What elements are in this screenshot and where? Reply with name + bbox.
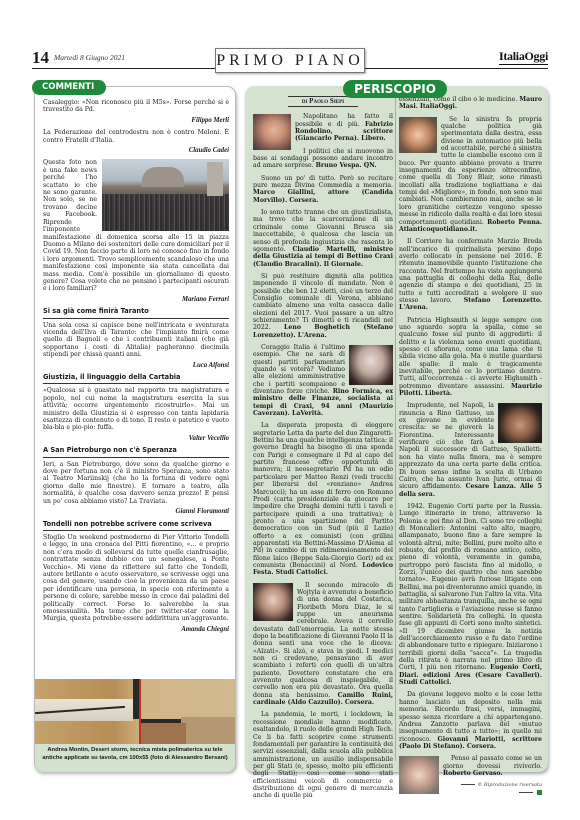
comment-headline: Giustizia, il linguaggio della Cartabia <box>43 374 229 384</box>
quote-item: I politici che si muovono in base ai son… <box>253 148 393 170</box>
piazza-duomo-rally-photo <box>102 159 229 231</box>
quote-item: La disperata proposta di eleggere segret… <box>253 422 393 576</box>
quote-item: Napolitano ha fatto il possibile e di pi… <box>253 113 393 142</box>
comment-signature: Amanda Chiegni <box>43 626 229 633</box>
comment-text: Sfoglio Un weekend postmoderno di Pier V… <box>43 534 229 623</box>
periscopio-column-2: essenziali, come il cibo o le medicine. … <box>399 96 542 797</box>
comment-signature: Claudio Cadei <box>43 147 229 154</box>
comment-text: La Federazione del centrodestra non è co… <box>43 129 229 144</box>
blair-portrait <box>399 117 437 153</box>
comment-signature: Luca Alfonsi <box>43 362 229 369</box>
quote-item: Io sono tutto tranne che un giustizialis… <box>253 209 393 268</box>
artwork-caption-line: antiche applicate su tavola, cm 100x55 (… <box>35 755 235 763</box>
gervaso-portrait <box>399 756 439 794</box>
commenti-box: Casaleggio: «Non riconosco più il M5s». … <box>34 86 236 772</box>
artwork-caption-line: Andrea Montin, Desert storm, tecnica mis… <box>35 747 235 755</box>
quote-item: Imprudente, nel Napoli, la rinuncia a Ri… <box>399 402 542 497</box>
commenti-content: Casaleggio: «Non riconosco più il M5s». … <box>43 99 229 638</box>
column-divider <box>395 96 396 761</box>
quote-item: essenziali, come il cibo o le medicine. … <box>399 96 542 111</box>
quote-item: 1942. Eugenio Corti parte per la Russia.… <box>399 503 542 687</box>
periscopio-column-1: di Paolo Siepi Napolitano ha fatto il po… <box>253 96 393 805</box>
comment-text: Ieri, a San Pietroburgo, dove sono da qu… <box>43 461 229 505</box>
ruini-portrait <box>253 583 293 621</box>
header-rule-right <box>365 68 548 69</box>
periscopio-box: di Paolo Siepi Napolitano ha fatto il po… <box>245 86 548 772</box>
quote-item: Se la sinistra fa propria qualche politi… <box>399 116 542 234</box>
comment-text: Una sola cosa si capisce bene nell'intri… <box>43 322 229 359</box>
comment-signature: Valter Vecellio <box>43 435 229 442</box>
comment-text: «Qualcosa si è guastato nel rapporto tra… <box>43 387 229 431</box>
section-title: PRIMO PIANO <box>215 48 365 73</box>
quote-item: Il Corriere ha confermato Marzio Breda n… <box>399 238 542 311</box>
comment-headline: A San Pietroburgo non c'è Speranza <box>43 447 229 457</box>
page-date: Martedì 8 Giugno 2021 <box>54 53 125 62</box>
artwork-caption: Andrea Montin, Desert storm, tecnica mis… <box>35 744 235 772</box>
quote-item: Si può restituire dignità alla politica … <box>253 273 393 339</box>
header-rule-left <box>32 68 215 69</box>
quote-item: Da giovane leggevo molto e le cose lette… <box>399 691 542 750</box>
page-header: 14 Martedì 8 Giugno 2021 PRIMO PIANO Ita… <box>32 48 548 72</box>
quote-item: Patricia Highsmith si legge sempre con u… <box>399 317 542 398</box>
comment-signature: Mariano Ferrari <box>43 296 229 303</box>
commenti-label: COMMENTI <box>32 80 106 95</box>
quote-item: Suono un po' di tutto. Però so recitare … <box>253 175 393 204</box>
comment-signature: Gianni Fioramonti <box>43 508 229 515</box>
comment-headline: Si sa già come finirà Taranto <box>43 308 229 318</box>
formica-portrait <box>349 345 393 385</box>
comment-signature: Filippo Merli <box>43 117 229 124</box>
byline: di Paolo Siepi <box>288 96 358 107</box>
comment-text: Casaleggio: «Non riconosco più il M5s». … <box>43 99 229 114</box>
periscopio-label: PERISCOPIO <box>343 80 447 98</box>
comment-headline: Tondelli non potrebbe scrivere come scri… <box>43 521 229 531</box>
quote-item: Penso al passato come se un giorno doves… <box>399 755 542 777</box>
page-number: 14 <box>32 48 49 68</box>
rondolino-portrait <box>253 114 291 150</box>
artwork-image <box>35 679 235 744</box>
brand-logo: ItaliaOggi <box>499 49 548 65</box>
gattuso-portrait <box>498 403 542 443</box>
end-square-icon <box>537 790 542 795</box>
quote-item: Il secondo miracolo di Wojtyla è avvenut… <box>253 582 393 707</box>
rally-letter: Questa foto non è una fake news perché l… <box>43 159 229 292</box>
quote-item: La pandemia, le morti, i lockdown, la re… <box>253 711 393 799</box>
quote-item: Coraggio Italia è l'ultimo esempio. Che … <box>253 344 393 417</box>
